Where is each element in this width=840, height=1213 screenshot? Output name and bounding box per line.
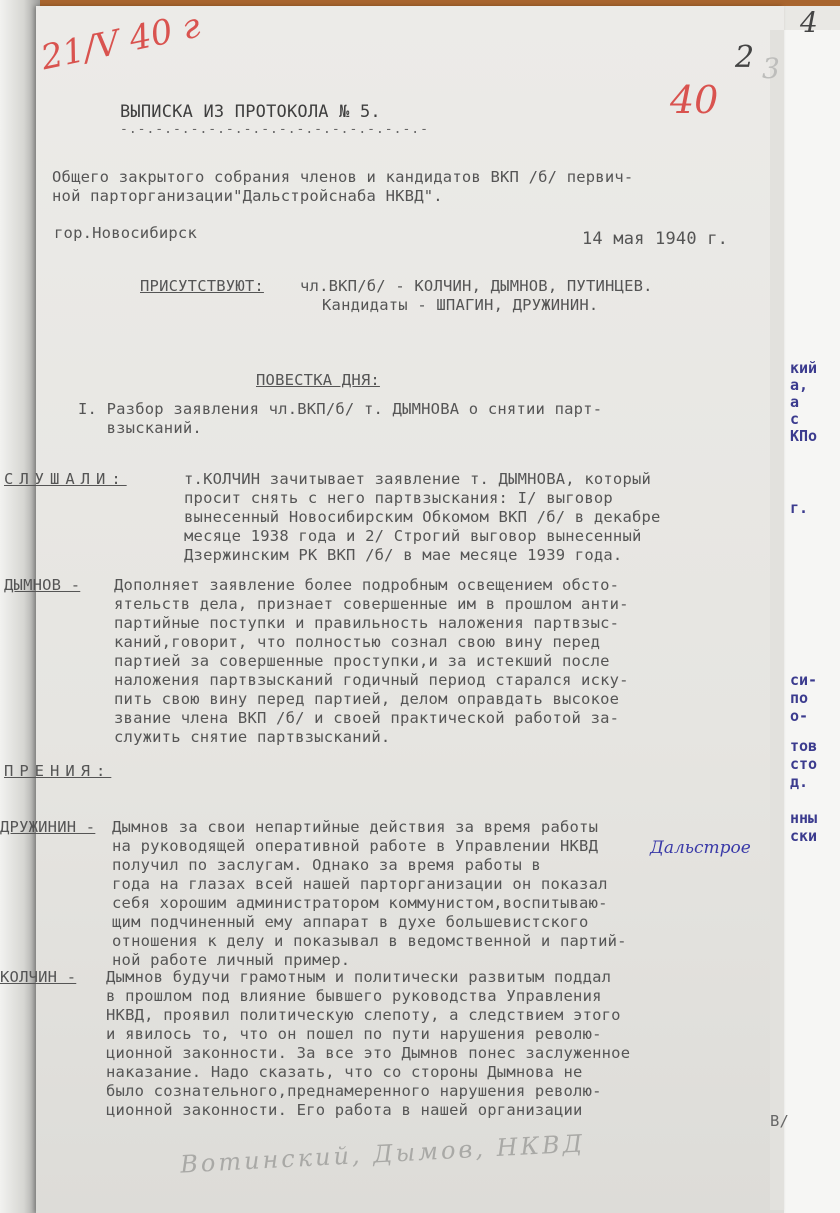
text-line: и явилось то, что он пошел по пути наруш… <box>106 1025 630 1044</box>
handwritten-insert: Дальстрое <box>650 838 751 858</box>
text-line: Дымнов за свои непартийные действия за в… <box>112 818 627 837</box>
margin-fragment: д. <box>790 774 808 791</box>
text-line: себя хорошим администратором коммунистом… <box>112 894 627 913</box>
druzhinin-label: ДРУЖИНИН - <box>0 818 95 837</box>
margin-fragment: сто <box>790 756 817 773</box>
margin-fragment: с <box>790 411 799 428</box>
kolchin-text: Дымнов будучи грамотным и политически ра… <box>106 968 630 1120</box>
agenda-items: I. Разбор заявления чл.ВКП/б/ т. ДЫМНОВА… <box>78 400 602 438</box>
subtitle-line: Общего закрытого собрания членов и канди… <box>52 168 633 187</box>
dymnov-text: Дополняет заявление более подробным осве… <box>114 576 629 747</box>
margin-fragment: г. <box>790 500 808 517</box>
text-line: звание члена ВКП /б/ и своей практическо… <box>114 709 629 728</box>
text-line: наложения партвзысканий годичный период … <box>114 671 629 690</box>
title-rule: -.-.-.-.-.-.-.-.-.-.-.-.-.-.-.-.-.- <box>120 122 429 137</box>
debate-label: ПРЕНИЯ: <box>4 762 111 781</box>
margin-fragment: а, <box>790 377 808 394</box>
page-number-corner: 4 <box>800 6 818 39</box>
druzhinin-text: Дымнов за свои непартийные действия за в… <box>112 818 627 970</box>
margin-fragment: кий <box>790 360 817 377</box>
date: 14 мая 1940 г. <box>582 230 728 249</box>
page-edge-strip <box>770 30 784 1210</box>
subtitle: Общего закрытого собрания членов и канди… <box>52 168 633 206</box>
text-line: ционной законности. За все это Дымнов по… <box>106 1044 630 1063</box>
text-line: Дополняет заявление более подробным осве… <box>114 576 629 595</box>
heard-label: СЛУШАЛИ: <box>4 470 127 489</box>
margin-fragment: по <box>790 690 808 707</box>
text-line: в прошлом под влияние бывшего руководств… <box>106 987 630 1006</box>
margin-fragment: а <box>790 394 799 411</box>
page-number-pencil: 2 <box>735 40 754 75</box>
page-number-faint: 3 <box>762 52 780 85</box>
subtitle-line: ной парторганизации"Дальстройснаба НКВД"… <box>52 187 633 206</box>
text-line: щим подчиненный ему аппарат в духе больш… <box>112 913 627 932</box>
text-line: Дзержинским РК ВКП /б/ в мае месяце 1939… <box>184 546 661 565</box>
text-line: НКВД, проявил политическую слепоту, а сл… <box>106 1006 630 1025</box>
red-number-annotation: 40 <box>670 78 718 122</box>
heard-text: т.КОЛЧИН зачитывает заявление т. ДЫМНОВА… <box>184 470 661 565</box>
text-line: партией за совершенные проступки,и за ис… <box>114 652 629 671</box>
margin-fragment: о- <box>790 708 808 725</box>
present-label: ПРИСУТСТВУЮТ: <box>140 277 264 296</box>
document-title: ВЫПИСКА ИЗ ПРОТОКОЛА № 5. <box>120 103 381 122</box>
margin-fragment: КПо <box>790 428 817 445</box>
text-line: пить свою вину перед партией, делом опра… <box>114 690 629 709</box>
text-line: было сознательного,преднамеренного наруш… <box>106 1082 630 1101</box>
margin-fragment: нны <box>790 810 817 827</box>
text-line: ционной законности. Его работа в нашей о… <box>106 1101 630 1120</box>
text-line: наказание. Надо сказать, что со стороны … <box>106 1063 630 1082</box>
margin-fragment: си- <box>790 672 817 689</box>
underlying-sheet-left <box>0 0 40 1213</box>
text-line: ятельств дела, признает совершенные им в… <box>114 595 629 614</box>
present-candidates: Кандидаты - ШПАГИН, ДРУЖИНИН. <box>322 296 598 315</box>
text-line: просит снять с него партвзыскания: I/ вы… <box>184 489 661 508</box>
city: гор.Новосибирск <box>54 224 197 243</box>
text-line: на руководящей оперативной работе в Упра… <box>112 837 627 856</box>
agenda-label: ПОВЕСТКА ДНЯ: <box>256 371 380 390</box>
dymnov-label: ДЫМНОВ - <box>4 576 80 595</box>
text-line: партийные поступки и правильность наложе… <box>114 614 629 633</box>
margin-fragment: ски <box>790 828 817 845</box>
kolchin-label: КОЛЧИН - <box>0 968 76 987</box>
margin-fragment: тов <box>790 738 817 755</box>
text-line: служить снятие партвзысканий. <box>114 728 629 747</box>
present-members: чл.ВКП/б/ - КОЛЧИН, ДЫМНОВ, ПУТИНЦЕВ. <box>300 277 653 296</box>
agenda-item: I. Разбор заявления чл.ВКП/б/ т. ДЫМНОВА… <box>78 400 602 419</box>
agenda-item: взысканий. <box>78 419 602 438</box>
text-line: года на глазах всей нашей парторганизаци… <box>112 875 627 894</box>
text-line: каний,говорит, что полностью сознал свою… <box>114 633 629 652</box>
text-line: отношения к делу и показывал в ведомстве… <box>112 932 627 951</box>
text-line: получил по заслугам. Однако за время раб… <box>112 856 627 875</box>
text-line: Дымнов будучи грамотным и политически ра… <box>106 968 630 987</box>
text-line: т.КОЛЧИН зачитывает заявление т. ДЫМНОВА… <box>184 470 661 489</box>
text-line: вынесенный Новосибирским Обкомом ВКП /б/… <box>184 508 661 527</box>
text-line: месяце 1938 года и 2/ Строгий выговор вы… <box>184 527 661 546</box>
margin-fragment: В/ <box>770 1112 789 1131</box>
